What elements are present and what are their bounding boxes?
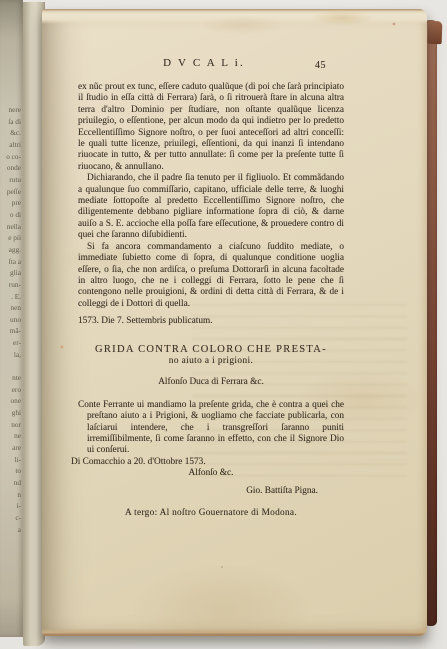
verso-address-note: A tergo: Al noſtro Gouernatore di Modona… [78,508,344,519]
publication-line: 1573. Die 7. Settembris publicatum. [78,316,344,327]
secretary-signature: Gio. Battiſta Pigna. [78,486,344,497]
header-title: D V C A L i. [71,58,337,69]
body-paragraph-3: Si fa ancora commandamento a ciaſcuno ſu… [78,242,344,310]
page-bottom-edge [42,628,427,636]
salutation-line: Alfonſo Duca di Ferrara &c. [78,377,344,388]
folio-number: 45 [315,60,326,71]
grida-heading-line2: no aiuto a i prigioni. [78,356,344,367]
cover-corner [428,21,443,44]
book-fore-edge [426,20,437,626]
grida-heading: GRIDA CONTRA COLORO CHE PRESTA- [78,344,344,355]
body-paragraph-2: Dichiarando, che il padre ſia tenuto per… [78,173,344,241]
running-header: D V C A L i. 45 [78,58,344,71]
previous-page-text-fragments: nere ſa di &c. altri o co- onde rutu peſ… [1,104,21,535]
previous-page-edge: nere ſa di &c. altri o co- onde rutu peſ… [0,0,23,637]
text-column: D V C A L i. 45 ex nũc prout ex tunc, eſ… [78,58,344,519]
page-top-edges [42,9,427,24]
dateline: Di Comacchio a 20. d'Ottobre 1573. [71,457,344,468]
signature-line: Alfonſo &c. [78,468,344,479]
photo-backdrop: nere ſa di &c. altri o co- onde rutu peſ… [0,0,447,649]
body-paragraph-1: ex nũc prout ex tunc, eſſere caduto qual… [78,82,344,173]
letter-paragraph: Conte Ferrante ui mandiamo la preſente g… [78,400,344,457]
